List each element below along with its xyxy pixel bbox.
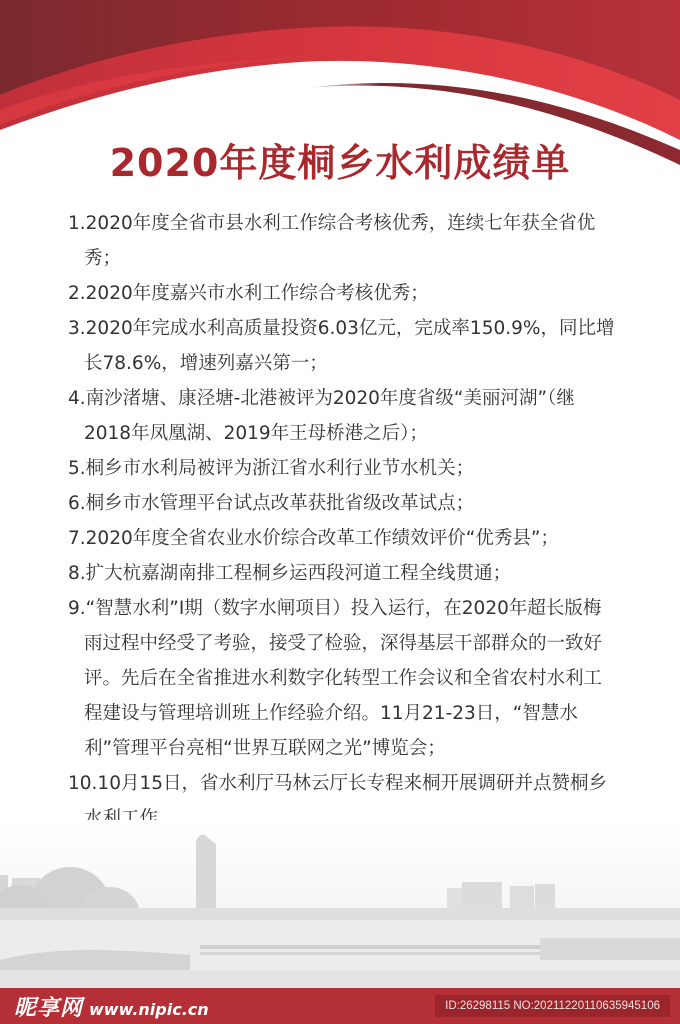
item-line: 2018年凤凰湖、2019年王母桥港之后）； [68,416,628,451]
list-item-8: 8.扩大杭嘉湖南排工程桐乡运西段河道工程全线贯通； [68,556,628,591]
item-line: 8.扩大杭嘉湖南排工程桐乡运西段河道工程全线贯通； [68,556,628,591]
list-item-7: 7.2020年度全省农业水价综合改革工作绩效评价“优秀县”； [68,521,628,556]
item-line: 评。先后在全省推进水利数字化转型工作会议和全省农村水利工 [68,661,628,696]
item-line: 2.2020年度嘉兴市水利工作综合考核优秀； [68,276,628,311]
item-line: 程建设与管理培训班上作经验介绍。11月21-23日，“智慧水 [68,696,628,731]
item-line: 长78.6%，增速列嘉兴第一； [68,346,628,381]
image-id-label: ID:26298115 NO:20211220110635945106 [435,995,670,1017]
item-line: 10.10月15日，省水利厅马林云厅长专程来桐开展调研并点赞桐乡 [68,766,628,801]
watermark-footer: 昵享网 www.nipic.cn ID:26298115 NO:20211220… [0,988,680,1024]
list-item-6: 6.桐乡市水管理平台试点改革获批省级改革试点； [68,486,628,521]
list-item-5: 5.桐乡市水利局被评为浙江省水利行业节水机关； [68,451,628,486]
item-line: 秀； [68,241,628,276]
item-line: 利”管理平台亮相“世界互联网之光”博览会； [68,731,628,766]
achievement-list: 1.2020年度全省市县水利工作综合考核优秀，连续七年获全省优 秀； 2.202… [68,206,628,836]
logo-url: www.nipic.cn [89,1000,209,1019]
item-line: 雨过程中经受了考验，接受了检验，深得基层干部群众的一致好 [68,626,628,661]
page-title: 2020年度桐乡水利成绩单 [0,132,680,187]
list-item-4: 4.南沙渚塘、康泾塘-北港被评为2020年度省级“美丽河湖”（继 2018年凤凰… [68,381,628,451]
item-line: 7.2020年度全省农业水价综合改革工作绩效评价“优秀县”； [68,521,628,556]
item-line: 6.桐乡市水管理平台试点改革获批省级改革试点； [68,486,628,521]
item-line: 9.“智慧水利”I期（数字水闸项目）投入运行，在2020年超长版梅 [68,591,628,626]
list-item-9: 9.“智慧水利”I期（数字水闸项目）投入运行，在2020年超长版梅 雨过程中经受… [68,591,628,766]
lake-skyline-background [0,820,680,988]
nipic-logo: 昵享网 www.nipic.cn [0,991,209,1022]
item-line: 3.2020年完成水利高质量投资6.03亿元，完成率150.9%，同比增 [68,311,628,346]
item-line: 1.2020年度全省市县水利工作综合考核优秀，连续七年获全省优 [68,206,628,241]
list-item-3: 3.2020年完成水利高质量投资6.03亿元，完成率150.9%，同比增 长78… [68,311,628,381]
item-line: 5.桐乡市水利局被评为浙江省水利行业节水机关； [68,451,628,486]
list-item-1: 1.2020年度全省市县水利工作综合考核优秀，连续七年获全省优 秀； [68,206,628,276]
list-item-2: 2.2020年度嘉兴市水利工作综合考核优秀； [68,276,628,311]
item-line: 4.南沙渚塘、康泾塘-北港被评为2020年度省级“美丽河湖”（继 [68,381,628,416]
logo-text: 昵享网 [14,991,83,1022]
